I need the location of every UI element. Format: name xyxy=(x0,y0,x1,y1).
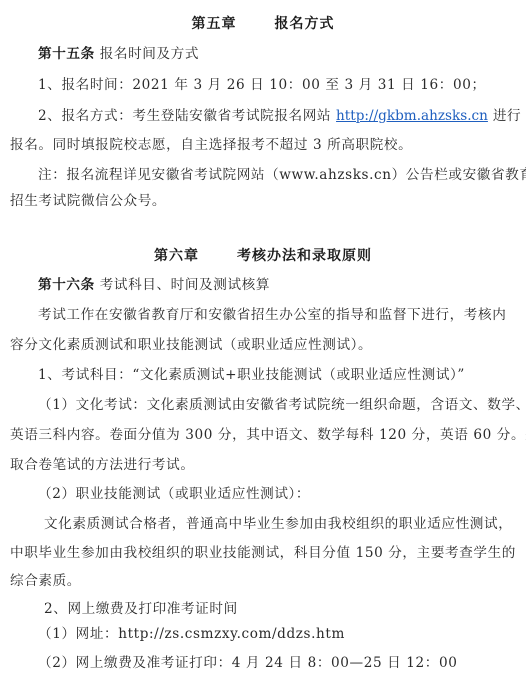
skill-test-title: （2）职业技能测试（或职业适应性测试）： xyxy=(38,485,310,503)
culture-exam-cont-2: 取合卷笔试的方法进行考试。 xyxy=(10,456,195,474)
payment-url: （1）网址：http://zs.csmzxy.com/ddzs.htm xyxy=(38,625,345,643)
skill-test-desc-cont-1: 中职毕业生参加由我校组织的职业技能测试，科目分值 150 分，主要考查学生的 xyxy=(10,544,516,562)
culture-exam-cont-1: 英语三科内容。卷面分值为 300 分，其中语文、数学每科 120 分，英语 60… xyxy=(10,426,526,444)
registration-note-cont: 招生考试院微信公众号。 xyxy=(10,192,166,210)
skill-test-desc: 文化素质测试合格者，普通高中毕业生参加由我校组织的职业适应性测试， xyxy=(44,515,512,533)
exam-intro-cont: 容分文化素质测试和职业技能测试（或职业适应性测试）。 xyxy=(10,336,372,354)
registration-website-link[interactable]: http://gkbm.ahzsks.cn xyxy=(336,108,488,124)
registration-note: 注：报名流程详见安徽省考试院网站（www.ahzsks.cn）公告栏或安徽省教育 xyxy=(38,166,526,184)
registration-method-cont: 报名。同时填报院校志愿，自主选择报考不超过 3 所高职院校。 xyxy=(10,136,412,154)
article-15-heading: 第十五条 报名时间及方式 xyxy=(38,45,199,63)
chapter-6-title: 考核办法和录取原则 xyxy=(237,248,372,264)
exam-subjects: 1、考试科目：“文化素质测试+职业技能测试（或职业适应性测试）” xyxy=(38,366,465,384)
payment-title: 2、网上缴费及打印准考证时间 xyxy=(44,600,238,618)
chapter-5-title: 报名方式 xyxy=(275,16,335,32)
skill-test-desc-cont-2: 综合素质。 xyxy=(10,572,81,590)
exam-intro: 考试工作在安徽省教育厅和安徽省招生办公室的指导和监督下进行，考核内 xyxy=(38,306,506,324)
registration-method-text: 2、报名方式：考生登陆安徽省考试院报名网站 xyxy=(38,108,336,124)
article-16-number: 第十六条 xyxy=(38,277,95,293)
article-15-title: 报名时间及方式 xyxy=(100,46,199,62)
article-16-title: 考试科目、时间及测试核算 xyxy=(100,277,270,293)
payment-time: （2）网上缴费及准考证打印：4 月 24 日 8：00—25 日 12：00 xyxy=(38,654,457,672)
chapter-5-heading: 第五章报名方式 xyxy=(0,15,526,33)
registration-method-suffix: 进行 xyxy=(488,108,521,124)
chapter-5-number: 第五章 xyxy=(192,16,237,32)
culture-exam: （1）文化考试：文化素质测试由安徽省考试院统一组织命题，含语文、数学、 xyxy=(38,396,526,414)
registration-time: 1、报名时间：2021 年 3 月 26 日 10：00 至 3 月 31 日 … xyxy=(38,76,486,94)
article-16-heading: 第十六条 考试科目、时间及测试核算 xyxy=(38,276,270,294)
chapter-6-heading: 第六章考核办法和录取原则 xyxy=(0,247,526,265)
registration-method: 2、报名方式：考生登陆安徽省考试院报名网站 http://gkbm.ahzsks… xyxy=(38,107,521,125)
chapter-6-number: 第六章 xyxy=(154,248,199,264)
article-15-number: 第十五条 xyxy=(38,46,95,62)
